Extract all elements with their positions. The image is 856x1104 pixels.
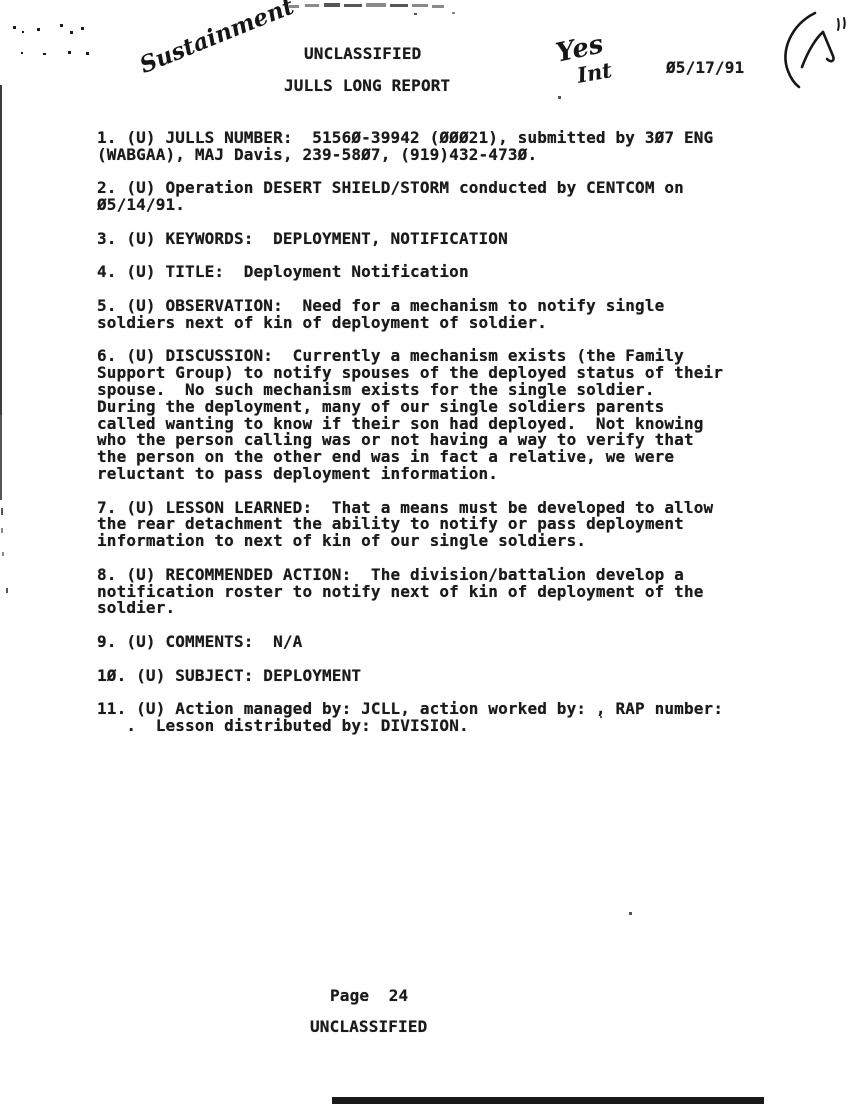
scan-artifact-dot — [22, 31, 24, 33]
scan-artifact-dot — [452, 12, 455, 14]
scan-artifact-dot — [70, 31, 73, 34]
footer-page-number: Page 24 — [330, 988, 408, 1005]
report-item-5: 5. (U) OBSERVATION: Need for a mechanism… — [97, 298, 777, 332]
report-item-11: 11. (U) Action managed by: JCLL, action … — [97, 701, 777, 735]
handwritten-corner-mark — [758, 3, 854, 95]
scan-artifact-dot — [2, 552, 4, 556]
scan-artifact-dot — [68, 51, 71, 54]
scan-artifact-dot — [81, 27, 84, 30]
scan-artifact-dot — [21, 52, 23, 54]
scan-artifact-dash — [344, 4, 362, 7]
scan-artifact-dash — [324, 3, 340, 7]
scan-artifact-dash — [305, 4, 319, 7]
handwritten-int-note: Int — [575, 57, 614, 88]
report-item-6: 6. (U) DISCUSSION: Currently a mechanism… — [97, 348, 777, 482]
scan-artifact-dash — [390, 4, 408, 7]
report-item-8: 8. (U) RECOMMENDED ACTION: The division/… — [97, 567, 777, 617]
scan-artifact-dot — [1, 528, 3, 533]
report-item-3: 3. (U) KEYWORDS: DEPLOYMENT, NOTIFICATIO… — [97, 231, 777, 248]
scan-edge-line — [0, 415, 2, 500]
scan-artifact-dot — [13, 26, 16, 29]
report-item-7: 7. (U) LESSON LEARNED: That a means must… — [97, 500, 777, 550]
scan-artifact-dot — [60, 24, 63, 27]
scan-bottom-bar — [332, 1097, 764, 1104]
scan-artifact-dot — [414, 13, 417, 15]
header-classification: UNCLASSIFIED — [304, 46, 421, 63]
scan-artifact-dot — [1, 508, 3, 515]
report-item-10: 1Ø. (U) SUBJECT: DEPLOYMENT — [97, 668, 777, 685]
scan-artifact-dash — [366, 3, 386, 7]
scan-artifact-dot — [43, 53, 46, 55]
report-item-9: 9. (U) COMMENTS: N/A — [97, 634, 777, 651]
scan-artifact-dot — [629, 912, 632, 915]
scan-artifact-dot — [558, 96, 561, 99]
report-item-4: 4. (U) TITLE: Deployment Notification — [97, 264, 777, 281]
scan-artifact-dash — [432, 5, 444, 8]
scan-artifact-dot — [6, 588, 8, 593]
report-body: 1. (U) JULLS NUMBER: 5156Ø-39942 (ØØØ21)… — [97, 130, 777, 751]
footer-classification: UNCLASSIFIED — [310, 1019, 427, 1036]
report-title: JULLS LONG REPORT — [284, 78, 450, 95]
scan-artifact-dash — [412, 4, 428, 7]
scan-artifact-dot — [37, 28, 40, 31]
report-item-1: 1. (U) JULLS NUMBER: 5156Ø-39942 (ØØØ21)… — [97, 130, 777, 164]
handwritten-sustainment-note: Sustainment — [136, 0, 298, 79]
scan-edge-line — [0, 85, 2, 415]
scanned-report-page: Sustainment Yes Int UNCLASSIFIED JULLS L… — [0, 0, 856, 1104]
scan-artifact-dot — [86, 52, 89, 55]
header-date: Ø5/17/91 — [666, 60, 744, 77]
report-item-2: 2. (U) Operation DESERT SHIELD/STORM con… — [97, 180, 777, 214]
